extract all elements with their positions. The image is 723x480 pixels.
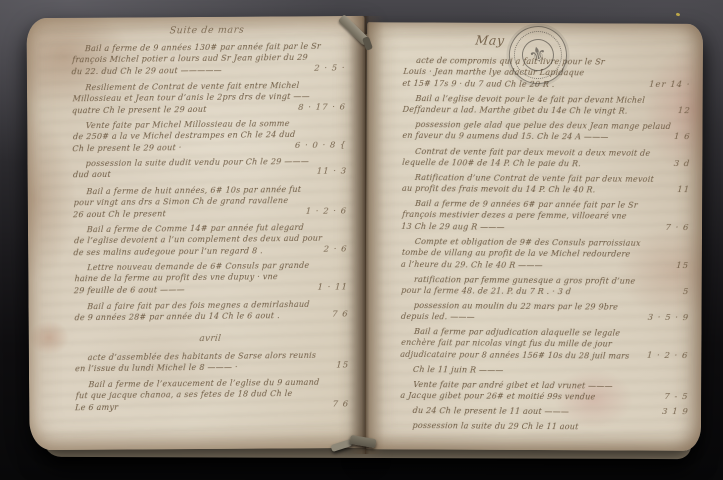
entry-text: Bail a ferme de huit années, 6# 10s par … [73, 183, 345, 220]
entry-text: possession la suite du 29 Ch le 11 aout [400, 420, 689, 434]
ledger-entry: ratification par femme gunesque a gros p… [401, 274, 691, 299]
entry-amount: 15 [676, 261, 690, 273]
entry-line: de 9 années 28# par année du 14 Ch le 6 … [74, 310, 345, 324]
left-page: Suite de mars Bail a ferme de 9 années 1… [26, 16, 367, 450]
ledger-entry: Vente faite par Michel Millossieau de la… [72, 118, 344, 155]
entry-line: du 24 Ch le present le 11 aout ——— [400, 405, 689, 419]
ledger-entries-march: Bail a ferme de 9 années 130# par année … [72, 41, 345, 324]
ledger-entry: Contrat de vente fait par deux mevoit a … [402, 146, 692, 171]
month-header-mars: Suite de mars [71, 24, 342, 38]
ledger-entry: Bail a ferme de Comme 14# par année fut … [73, 221, 345, 258]
entry-amount: 7 - 5 [664, 392, 689, 404]
entry-amount: 11 · 3 [316, 167, 347, 179]
ledger-entry: possession au moulin du 22 mars par le 2… [401, 300, 691, 325]
entry-amount: 8 · 17 · 6 [298, 102, 347, 114]
entry-text: Vente faite par andré gibet et lad vrune… [400, 379, 690, 404]
entry-text: Lettre nouveau demande de 6# Consuls par… [74, 260, 346, 297]
entry-amount: 2 · 5 · [314, 63, 346, 75]
entry-amount: 1er 14 · [649, 80, 691, 92]
right-page: May acte de compromis qui a fait livre p… [365, 22, 703, 451]
entry-text: possession gele alad que pelue des deux … [402, 119, 692, 144]
entry-line: Deffandeur a lad. Marthe gibet du 14e Ch… [402, 104, 691, 118]
entry-amount: 5 [682, 287, 689, 298]
entry-line: Ch le 11 juin R ——— [401, 364, 690, 378]
entry-line: en l’issue du lundi Michel le 8 ——— · [75, 360, 346, 374]
entry-text: Compte et obligation de 9# des Consuls p… [401, 236, 692, 272]
ledger-entry: Bail a ferme par adjudication alaquelle … [400, 326, 691, 362]
archival-manuscript-scan: Suite de mars Bail a ferme de 9 années 1… [0, 0, 723, 480]
entry-text: Bail a ferme de 9 années 130# par année … [71, 41, 343, 78]
ledger-entry: Bail a ferme de 9 années 130# par année … [71, 41, 343, 78]
entry-amount: 7 6 [332, 399, 349, 410]
entry-amount: 3 · 5 · 9 [647, 313, 689, 325]
entry-amount: 11 [677, 186, 691, 198]
entry-text: possession la suite dudit vendu pour Ch … [73, 156, 344, 181]
entry-line: en faveur du 9 aumens dud 15. Ch le 24 A… [402, 131, 691, 145]
entry-amount: 1 · 2 · 6 [305, 206, 347, 218]
entry-line: Le 6 amyr [75, 399, 346, 413]
ledger-entry: Resiliement de Contrat de vente fait ent… [72, 79, 344, 116]
entry-text: Ratification d’une Contrat de vente fait… [402, 172, 692, 197]
entry-text: Bail a faire fait par des fois megnes a … [74, 298, 345, 323]
ledger-entry: possession gele alad que pelue des deux … [402, 119, 692, 144]
entry-text: Ch le 11 juin R ——— [401, 364, 690, 378]
entry-amount: 6 · 0 · 8 { [294, 140, 346, 152]
entry-amount: 7 · 6 [665, 223, 690, 235]
entry-line: a Jacque gibet pour 26# et moitié 99s ve… [400, 390, 689, 404]
entry-amount: 2 · 6 [323, 244, 348, 256]
entry-text: Bail a ferme de Comme 14# par année fut … [73, 221, 345, 258]
ledger-entry: du 24 Ch le present le 11 aout ——— 3 1 9 [400, 405, 689, 419]
ledger-entry: Ch le 11 juin R ——— [401, 364, 690, 378]
ledger-entry: possession la suite du 29 Ch le 11 aout [400, 420, 689, 434]
ledger-entry: Compte et obligation de 9# des Consuls p… [401, 236, 692, 272]
entry-amount: 3 d [673, 159, 690, 171]
entry-amount: 12 [677, 107, 691, 119]
entry-amount: 3 1 9 [662, 407, 690, 419]
entry-amount: 1 6 [673, 133, 690, 145]
entry-text: ratification par femme gunesque a gros p… [401, 274, 691, 299]
ledger-entry: Ratification d’une Contrat de vente fait… [402, 172, 692, 197]
ledger-entry: Bail a faire fait par des fois megnes a … [74, 298, 345, 323]
entry-amount: 1 · 2 · 6 [646, 351, 688, 363]
entry-text: Bail a ferme de l’exaucement de l’eglise… [75, 376, 347, 413]
entry-line: depuis led. ——— [401, 311, 690, 325]
ledger-entry: possession la suite dudit vendu pour Ch … [73, 156, 344, 181]
entry-line: 29 feuille de 6 aout ——— [74, 282, 345, 296]
entry-amount: 15 [336, 360, 349, 371]
ledger-entry: Bail a ferme de 9 années 6# par année fa… [401, 198, 692, 234]
ledger-entry: Bail a ferme de l’exaucement de l’eglise… [75, 376, 347, 413]
entry-line: du 22. dud Ch le 29 aout ————— [71, 63, 342, 77]
ledger-entry: Bail a ferme de huit années, 6# 10s par … [73, 183, 345, 220]
entry-line: dud aout [73, 167, 344, 181]
ledger-entries-may: acte de compromis qui a fait livre pour … [400, 55, 691, 434]
ledger-entry: Vente faite par andré gibet et lad vrune… [400, 379, 690, 404]
ledger-entry: Lettre nouveau demande de 6# Consuls par… [74, 260, 346, 297]
ledger-entries-april: acte d’assemblée des habitants de Sarse … [75, 349, 346, 413]
entry-text: Bail a ferme de 9 années 6# par année fa… [401, 198, 692, 234]
entry-text: Bail a l’eglise devoit pour le 4e fait p… [402, 93, 692, 118]
entry-line: au profit des frais mevoit du 14 P. Ch l… [402, 183, 691, 197]
entry-text: du 24 Ch le present le 11 aout ——— [400, 405, 689, 419]
entry-line: adjudicataire pour 8 années 156# 10s du … [400, 349, 689, 363]
ledger-entry: acte d’assemblée des habitants de Sarse … [75, 349, 346, 374]
entry-line: pour la ferme 48. de 21. P. du 7 R . · 3… [401, 285, 690, 299]
month-header-avril: avril [75, 333, 346, 347]
entry-text: acte d’assemblée des habitants de Sarse … [75, 349, 346, 374]
entry-text: Contrat de vente fait par deux mevoit a … [402, 146, 692, 171]
left-page-text: Suite de mars Bail a ferme de 9 années 1… [72, 24, 346, 418]
entry-line: a l’heure du 29. Ch le 40 R ——— [401, 259, 690, 273]
ledger-entry: Bail a l’eglise devoit pour le 4e fait p… [402, 93, 692, 118]
entry-line: lequelle de 100# de 14 P. Ch le paie du … [402, 157, 691, 171]
right-page-text: May acte de compromis qui a fait livre p… [400, 34, 691, 437]
entry-line: 13 Ch le 29 aug R ——— [401, 221, 690, 235]
entry-amount: 7 6 [332, 309, 349, 320]
dust-speck [676, 12, 681, 16]
entry-amount: 1 · 11 [317, 282, 348, 294]
entry-line: possession la suite du 29 Ch le 11 aout [400, 420, 689, 434]
entry-line: de ses malins audegoue pour l’un regard … [73, 244, 344, 258]
